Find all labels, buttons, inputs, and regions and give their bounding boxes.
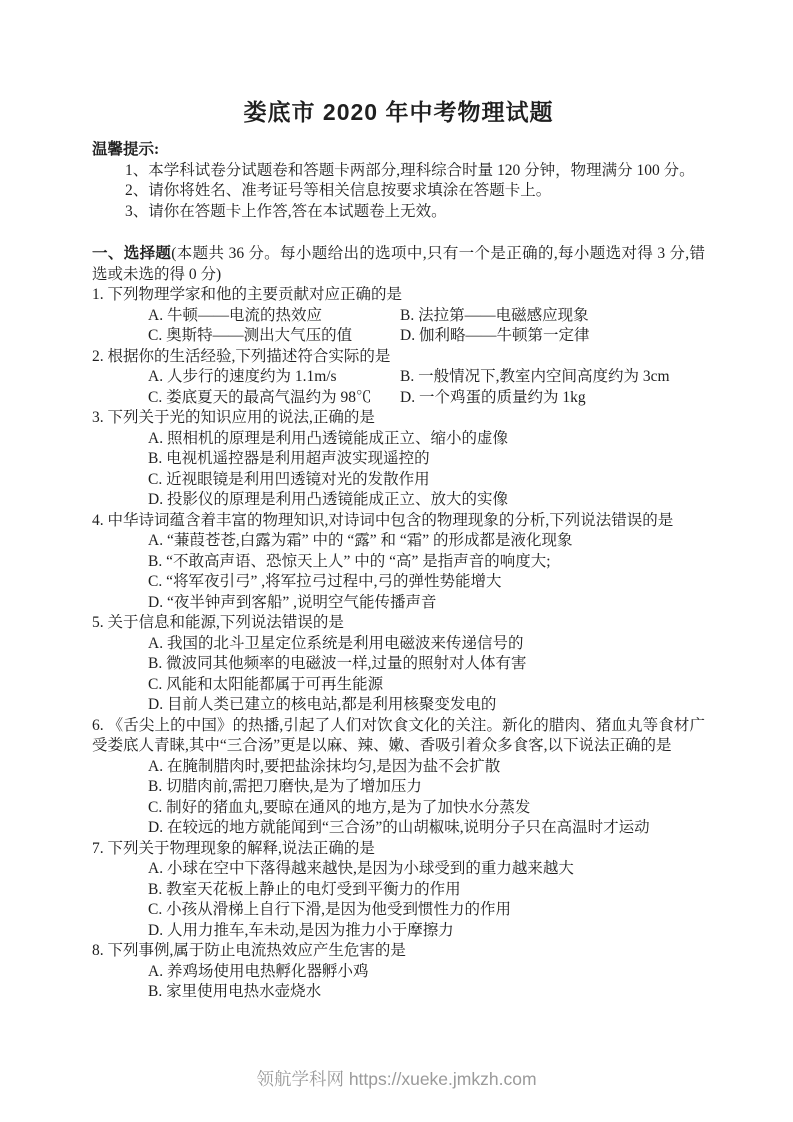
question-stem: 5. 关于信息和能源,下列说法错误的是	[92, 613, 705, 634]
option: C. 娄底夏天的最高气温约为 98℃	[148, 388, 400, 409]
notice-item: 3、请你在答题卡上作答,答在本试题卷上无效。	[92, 202, 705, 223]
option: C. 制好的猪血丸,要晾在通风的地方,是为了加快水分蒸发	[92, 798, 705, 819]
question: 8. 下列事例,属于防止电流热效应产生危害的是A. 养鸡场使用电热孵化器孵小鸡B…	[92, 941, 705, 1003]
option: A. “蒹葭苍苍,白露为霜” 中的 “露” 和 “霜” 的形成都是液化现象	[92, 531, 705, 552]
option: A. 在腌制腊肉时,要把盐涂抹均匀,是因为盐不会扩散	[92, 757, 705, 778]
option-row: C. 奥斯特——测出大气压的值D. 伽利略——牛顿第一定律	[92, 326, 705, 347]
question-stem: 4. 中华诗词蕴含着丰富的物理知识,对诗词中包含的物理现象的分析,下列说法错误的…	[92, 511, 705, 532]
option: D. 伽利略——牛顿第一定律	[400, 326, 705, 347]
question-stem: 1. 下列物理学家和他的主要贡献对应正确的是	[92, 285, 705, 306]
option: B. 一般情况下,教室内空间高度约为 3cm	[400, 367, 705, 388]
exam-page: 娄底市 2020 年中考物理试题 温馨提示: 1、本学科试卷分试题卷和答题卡两部…	[0, 0, 793, 1122]
option: C. 小孩从滑梯上自行下滑,是因为他受到惯性力的作用	[92, 900, 705, 921]
option: D. 在较远的地方就能闻到“三合汤”的山胡椒味,说明分子只在高温时才运动	[92, 818, 705, 839]
option: C. 奥斯特——测出大气压的值	[148, 326, 400, 347]
question-stem: 8. 下列事例,属于防止电流热效应产生危害的是	[92, 941, 705, 962]
question-stem: 2. 根据你的生活经验,下列描述符合实际的是	[92, 347, 705, 368]
option: D. “夜半钟声到客船” ,说明空气能传播声音	[92, 593, 705, 614]
option: A. 小球在空中下落得越来越快,是因为小球受到的重力越来越大	[92, 859, 705, 880]
question: 4. 中华诗词蕴含着丰富的物理知识,对诗词中包含的物理现象的分析,下列说法错误的…	[92, 511, 705, 614]
option: A. 照相机的原理是利用凸透镜能成正立、缩小的虚像	[92, 429, 705, 450]
option: B. “不敢高声语、恐惊天上人” 中的 “高” 是指声音的响度大;	[92, 552, 705, 573]
option: A. 我国的北斗卫星定位系统是利用电磁波来传递信号的	[92, 634, 705, 655]
option: A. 养鸡场使用电热孵化器孵小鸡	[92, 962, 705, 983]
option: A. 人步行的速度约为 1.1m/s	[148, 367, 400, 388]
option: D. 目前人类已建立的核电站,都是利用核聚变发电的	[92, 695, 705, 716]
option: B. 微波同其他频率的电磁波一样,过量的照射对人体有害	[92, 654, 705, 675]
question-stem: 6. 《舌尖上的中国》的热播,引起了人们对饮食文化的关注。新化的腊肉、猪血丸等食…	[92, 716, 705, 757]
option: B. 电视机遥控器是利用超声波实现遥控的	[92, 449, 705, 470]
section-description: (本题共 36 分。每小题给出的选项中,只有一个是正确的,每小题选对得 3 分,…	[92, 245, 705, 283]
option: C. “将军夜引弓” ,将军拉弓过程中,弓的弹性势能增大	[92, 572, 705, 593]
question: 7. 下列关于物理现象的解释,说法正确的是A. 小球在空中下落得越来越快,是因为…	[92, 839, 705, 942]
question: 5. 关于信息和能源,下列说法错误的是A. 我国的北斗卫星定位系统是利用电磁波来…	[92, 613, 705, 716]
option: D. 人用力推车,车未动,是因为推力小于摩擦力	[92, 921, 705, 942]
option: D. 投影仪的原理是利用凸透镜能成正立、放大的实像	[92, 490, 705, 511]
watermark: 领航学科网 https://xueke.jmkzh.com	[0, 1066, 793, 1091]
section-heading: 一、选择题(本题共 36 分。每小题给出的选项中,只有一个是正确的,每小题选对得…	[92, 244, 705, 285]
option-row: A. 人步行的速度约为 1.1m/sB. 一般情况下,教室内空间高度约为 3cm	[92, 367, 705, 388]
notice-item: 1、本学科试卷分试题卷和答题卡两部分,理科综合时量 120 分钟，物理满分 10…	[92, 161, 705, 182]
notice-heading: 温馨提示:	[92, 140, 705, 161]
option: A. 牛顿——电流的热效应	[148, 306, 400, 327]
question: 6. 《舌尖上的中国》的热播,引起了人们对饮食文化的关注。新化的腊肉、猪血丸等食…	[92, 716, 705, 839]
question-stem: 7. 下列关于物理现象的解释,说法正确的是	[92, 839, 705, 860]
option: B. 法拉第——电磁感应现象	[400, 306, 705, 327]
option-row: C. 娄底夏天的最高气温约为 98℃D. 一个鸡蛋的质量约为 1kg	[92, 388, 705, 409]
questions: 1. 下列物理学家和他的主要贡献对应正确的是A. 牛顿——电流的热效应B. 法拉…	[92, 285, 705, 1003]
option: B. 家里使用电热水壶烧水	[92, 982, 705, 1003]
option: B. 教室天花板上静止的电灯受到平衡力的作用	[92, 880, 705, 901]
question: 2. 根据你的生活经验,下列描述符合实际的是A. 人步行的速度约为 1.1m/s…	[92, 347, 705, 409]
exam-content: 娄底市 2020 年中考物理试题 温馨提示: 1、本学科试卷分试题卷和答题卡两部…	[92, 97, 705, 1003]
option: C. 风能和太阳能都属于可再生能源	[92, 675, 705, 696]
option: D. 一个鸡蛋的质量约为 1kg	[400, 388, 705, 409]
notice-item: 2、请你将姓名、准考证号等相关信息按要求填涂在答题卡上。	[92, 181, 705, 202]
notice-block: 温馨提示: 1、本学科试卷分试题卷和答题卡两部分,理科综合时量 120 分钟，物…	[92, 140, 705, 222]
question-stem: 3. 下列关于光的知识应用的说法,正确的是	[92, 408, 705, 429]
option: B. 切腊肉前,需把刀磨快,是为了增加压力	[92, 777, 705, 798]
option: C. 近视眼镜是利用凹透镜对光的发散作用	[92, 470, 705, 491]
question: 1. 下列物理学家和他的主要贡献对应正确的是A. 牛顿——电流的热效应B. 法拉…	[92, 285, 705, 347]
section-title: 一、选择题	[92, 245, 171, 262]
page-title: 娄底市 2020 年中考物理试题	[92, 97, 705, 127]
question: 3. 下列关于光的知识应用的说法,正确的是A. 照相机的原理是利用凸透镜能成正立…	[92, 408, 705, 511]
option-row: A. 牛顿——电流的热效应B. 法拉第——电磁感应现象	[92, 306, 705, 327]
